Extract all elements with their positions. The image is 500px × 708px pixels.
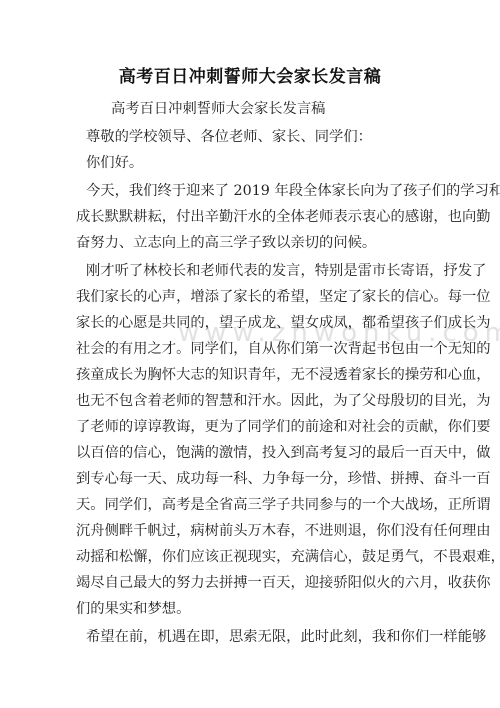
text-line: 家长的心愿是共同的，望子成龙、望女成凤，都希望孩子们成长为 [76,314,491,332]
text-line: 我们家长的心声，增添了家长的希望，坚定了家长的信心。每一位 [76,288,491,306]
text-line: 竭尽自己最大的努力去拼搏一百天，迎接骄阳似火的六月，收获你 [76,574,491,592]
text-line: 以百倍的信心，饱满的激情，投入到高考复习的最后一百天中，做 [76,444,491,462]
text-line: 奋努力、立志向上的高三学子致以亲切的问候。 [76,234,376,252]
text-line: 沉舟侧畔千帆过，病树前头万木春，不进则退，你们没有任何理由 [76,522,491,540]
text-line: 希望在前，机遇在即，思索无限，此时此刻，我和你们一样能够 [86,628,486,646]
document-title: 高考百日冲刺誓师大会家长发言稿 [0,62,500,87]
text-line: 成长默默耕耘，付出辛勤汗水的全体老师表示衷心的感谢，也向勤 [76,208,491,226]
text-line: 了老师的谆谆教诲，更为了同学们的前途和对社会的贡献，你们要 [76,418,491,436]
text-line: 们的果实和梦想。 [76,600,190,618]
text-line: 天。同学们，高考是全省高三学子共同参与的一个大战场，正所谓 [76,496,491,514]
text-line: 高考百日冲刺誓师大会家长发言稿 [111,100,325,118]
text-line: 刚才听了林校长和老师代表的发言，特别是雷市长寄语，抒发了 [86,262,486,280]
text-line: 今天，我们终于迎来了 2019 年段全体家长向为了孩子们的学习和 [86,182,500,200]
text-line: 你们好。 [86,154,143,172]
text-line: 尊敬的学校领导、各位老师、家长、同学们： [86,128,372,146]
text-line: 孩童成长为胸怀大志的知识青年，无不浸透着家长的操劳和心血， [76,366,491,384]
text-line: 到专心每一天、成功每一科、力争每一分，珍惜、拼搏、奋斗一百 [76,470,491,488]
text-line: 也无不包含着老师的智慧和汗水。因此，为了父母殷切的目光，为 [76,392,491,410]
text-line: 社会的有用之才。同学们，自从你们第一次背起书包由一个无知的 [76,340,491,358]
text-line: 动摇和松懈，你们应该正视现实，充满信心，鼓足勇气，不畏艰难， [76,548,500,566]
